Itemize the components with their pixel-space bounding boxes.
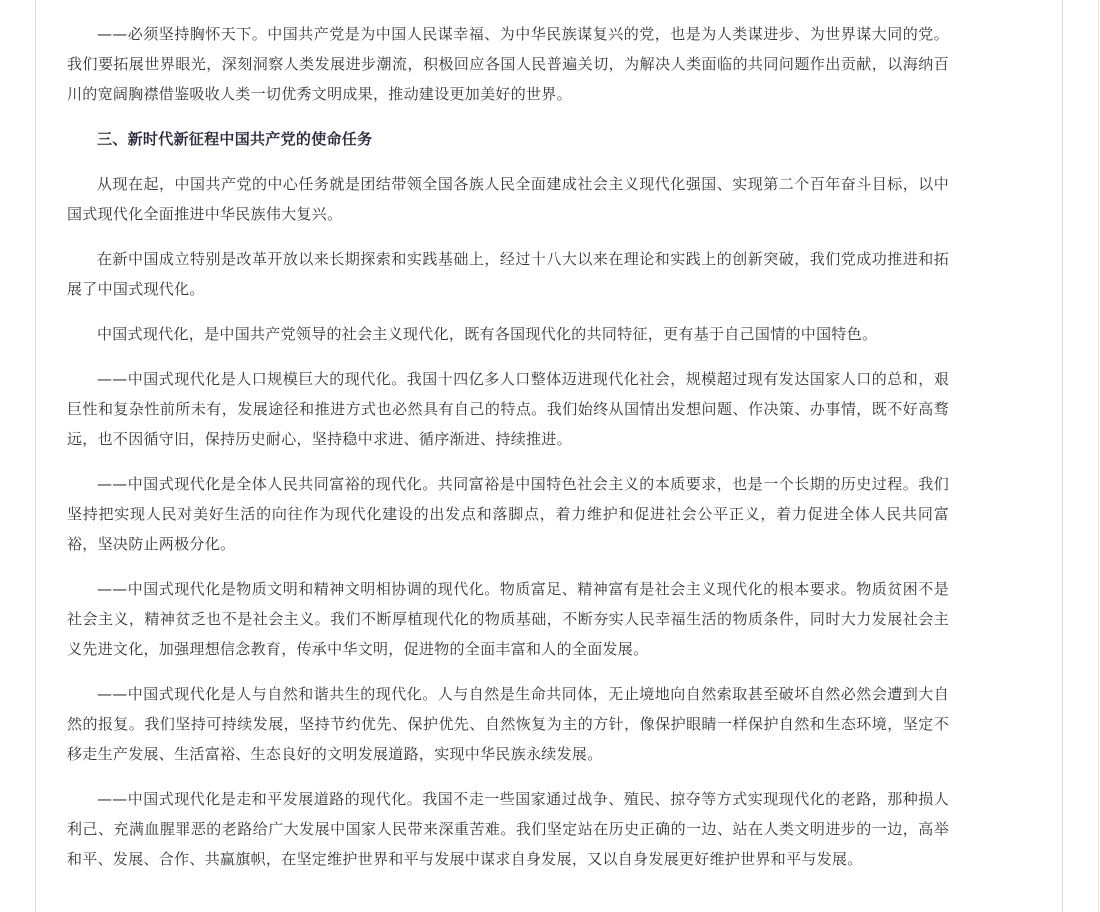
paragraph-peaceful-development: ——中国式现代化是走和平发展道路的现代化。我国不走一些国家通过战争、殖民、掠夺等… — [67, 784, 949, 874]
page: ——必须坚持胸怀天下。中国共产党是为中国人民谋幸福、为中华民族谋复兴的党，也是为… — [0, 0, 1100, 912]
section-heading: 三、新时代新征程中国共产党的使命任务 — [67, 124, 949, 154]
paragraph-central-task: 从现在起，中国共产党的中心任务就是团结带领全国各族人民全面建成社会主义现代化强国… — [67, 169, 949, 229]
scrollbar-edge — [1098, 0, 1099, 912]
paragraph-material-spiritual: ——中国式现代化是物质文明和精神文明相协调的现代化。物质富足、精神富有是社会主义… — [67, 574, 949, 664]
paragraph-modernization-history: 在新中国成立特别是改革开放以来长期探索和实践基础上，经过十八大以来在理论和实践上… — [67, 244, 949, 304]
paragraph-modernization-definition: 中国式现代化，是中国共产党领导的社会主义现代化，既有各国现代化的共同特征，更有基… — [67, 319, 949, 349]
paragraph-harmony-nature: ——中国式现代化是人与自然和谐共生的现代化。人与自然是生命共同体，无止境地向自然… — [67, 679, 949, 769]
article-body: ——必须坚持胸怀天下。中国共产党是为中国人民谋幸福、为中华民族谋复兴的党，也是为… — [67, 19, 949, 889]
paragraph-common-prosperity: ——中国式现代化是全体人民共同富裕的现代化。共同富裕是中国特色社会主义的本质要求… — [67, 469, 949, 559]
paragraph-huge-population: ——中国式现代化是人口规模巨大的现代化。我国十四亿多人口整体迈进现代化社会，规模… — [67, 364, 949, 454]
paragraph-principle-world: ——必须坚持胸怀天下。中国共产党是为中国人民谋幸福、为中华民族谋复兴的党，也是为… — [67, 19, 949, 109]
